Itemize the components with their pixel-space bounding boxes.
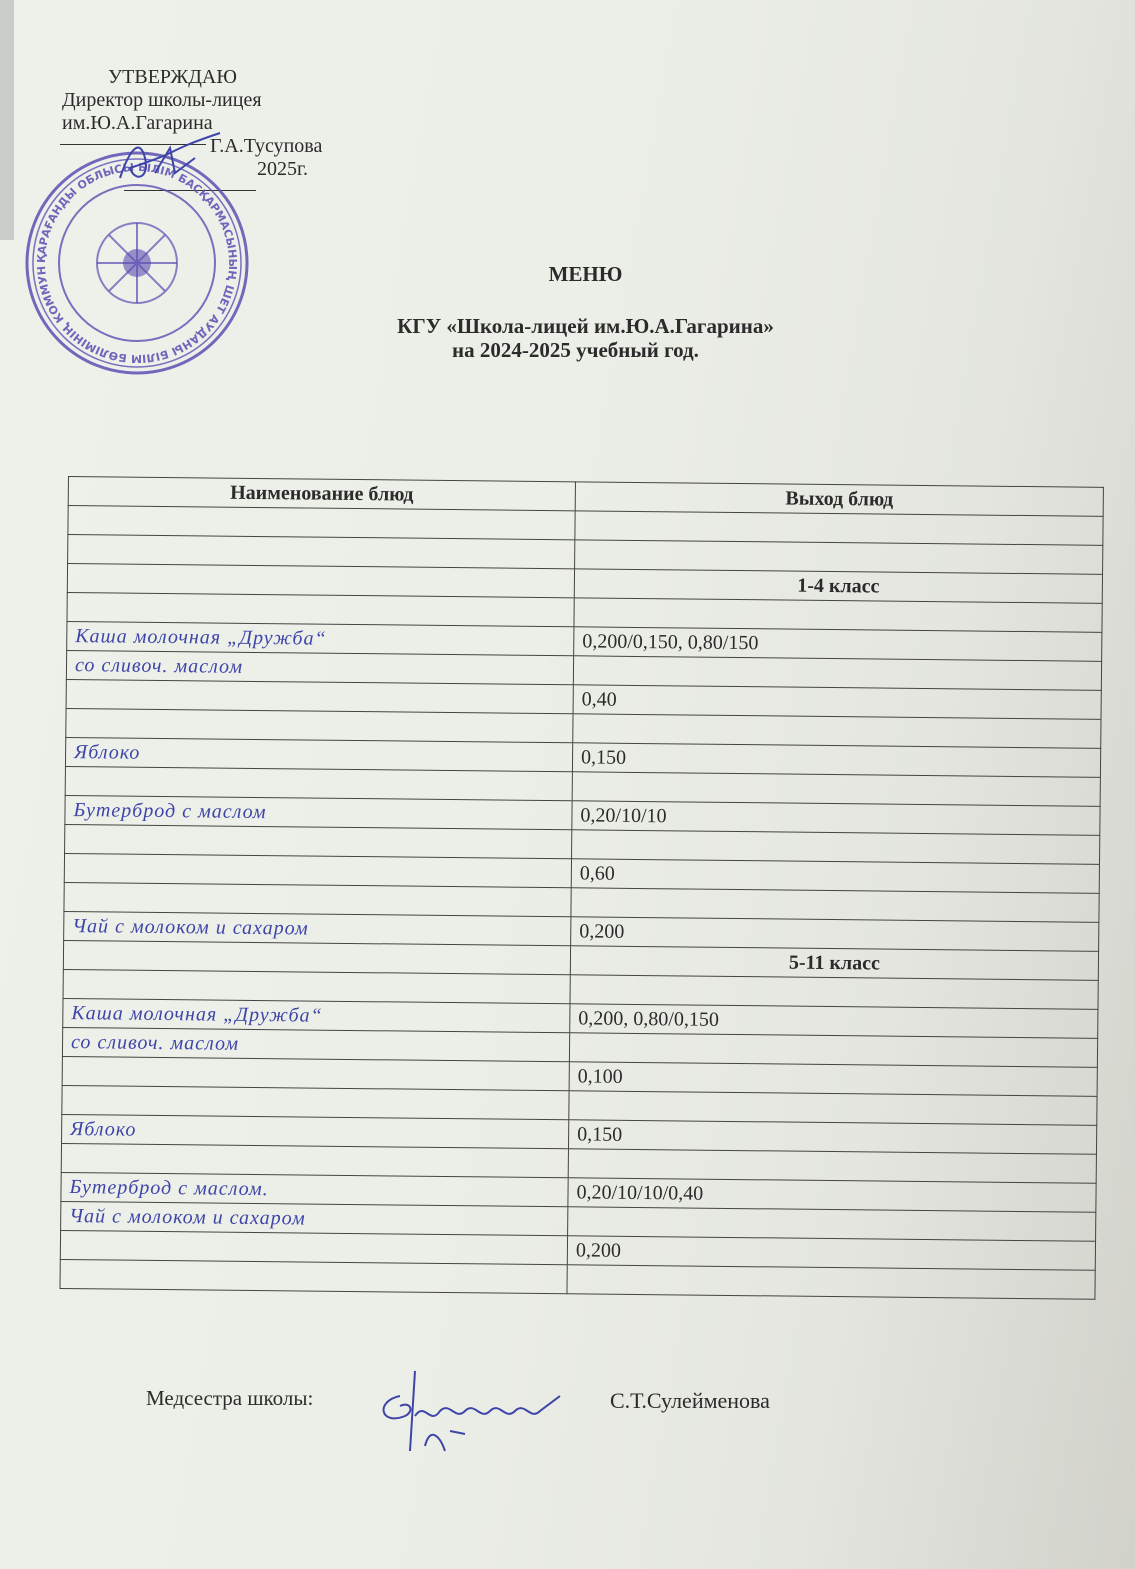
approval-heading: УТВЕРЖДАЮ	[62, 66, 322, 89]
nurse-signature-icon	[370, 1356, 590, 1456]
director-signature-icon	[100, 128, 240, 188]
nurse-label: Медсестра школы:	[146, 1386, 313, 1411]
director-position: Директор школы-лицея	[62, 89, 322, 112]
portion-cell	[567, 1265, 1095, 1300]
background-strip	[0, 0, 14, 240]
nurse-name: С.Т.Сулейменова	[610, 1388, 770, 1414]
document-title: МЕНЮ	[18, 262, 1135, 287]
document-subtitle: КГУ «Школа-лицей им.Ю.А.Гагарина»	[18, 314, 1135, 339]
menu-table: Наименование блюд Выход блюд 1-4 классКа…	[59, 476, 1103, 1300]
academic-year: на 2024-2025 учебный год.	[8, 338, 1135, 363]
dish-name-cell	[60, 1259, 567, 1293]
